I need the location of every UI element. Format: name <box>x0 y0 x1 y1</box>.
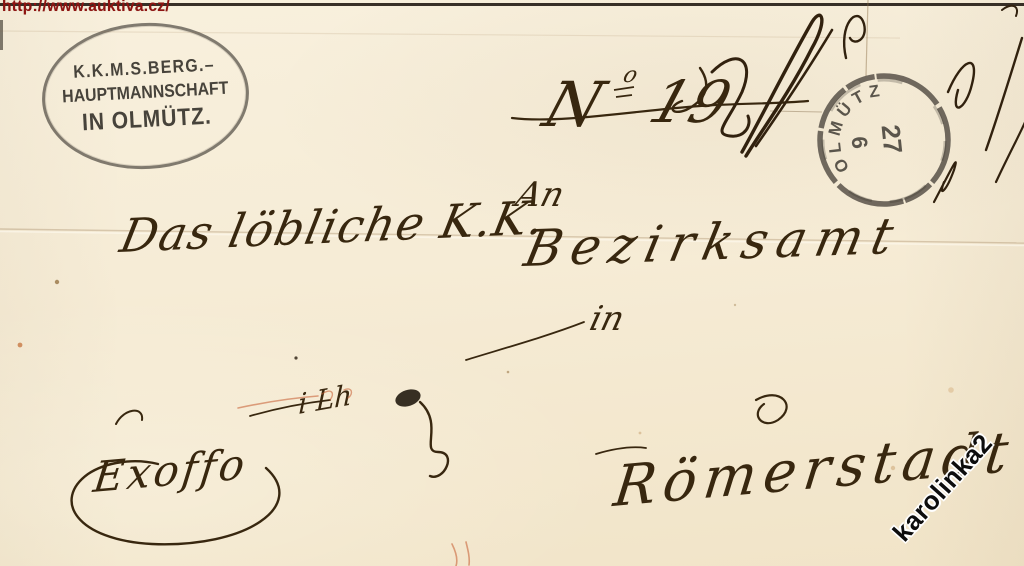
paper-speck <box>639 432 642 435</box>
upper-faint-crease <box>0 31 900 38</box>
paper-speck <box>734 304 736 306</box>
paper-speck <box>891 466 895 470</box>
docket-value: 19 <box>641 69 741 136</box>
rate-note-group: i Lh <box>250 356 448 476</box>
address-preposition: in <box>586 299 629 338</box>
circular-postmark: OLMÜTZ 27 6 <box>804 66 948 204</box>
paper-speck <box>948 387 954 393</box>
scribble-stroke <box>996 120 1024 182</box>
paper-speck <box>55 280 59 284</box>
ink-blot <box>393 386 423 409</box>
short-crease <box>770 111 822 112</box>
paper-speck <box>18 343 23 348</box>
ink-layer: OLMÜTZ 27 6 N o 19 <box>0 0 1024 566</box>
paper-speck <box>507 371 510 374</box>
destination-curl <box>756 395 787 423</box>
ink-speck <box>294 356 297 359</box>
franking-note-group: Exoffo <box>72 411 280 545</box>
preposition-leadin <box>466 322 584 360</box>
postmark-month: 6 <box>847 135 873 150</box>
corner-mark <box>1002 6 1017 16</box>
scribble-stroke <box>986 38 1022 150</box>
superscript-underline <box>614 87 634 97</box>
scribble-stroke <box>756 30 832 146</box>
address-office: Bezirksamt <box>518 206 907 278</box>
address-block: An Das löbliche K.K. Bezirksamt in <box>115 176 908 360</box>
address-line-main: Das löbliche K.K. <box>115 192 551 264</box>
docket-prefix: N <box>533 69 615 141</box>
rate-note: i Lh <box>298 378 353 421</box>
scribble-stroke <box>948 63 974 108</box>
postmark-day: 27 <box>876 123 909 155</box>
letter-scan: http://www.auktiva.cz/ K.K.M.S.BERG.– HA… <box>0 0 1024 566</box>
docket-superscript: o <box>620 62 640 88</box>
franking-note: Exoffo <box>90 440 250 503</box>
scribble-stroke <box>934 162 956 202</box>
red-mark-bottom <box>452 542 469 566</box>
franking-curl <box>116 411 142 424</box>
rate-note-descender <box>420 402 448 477</box>
